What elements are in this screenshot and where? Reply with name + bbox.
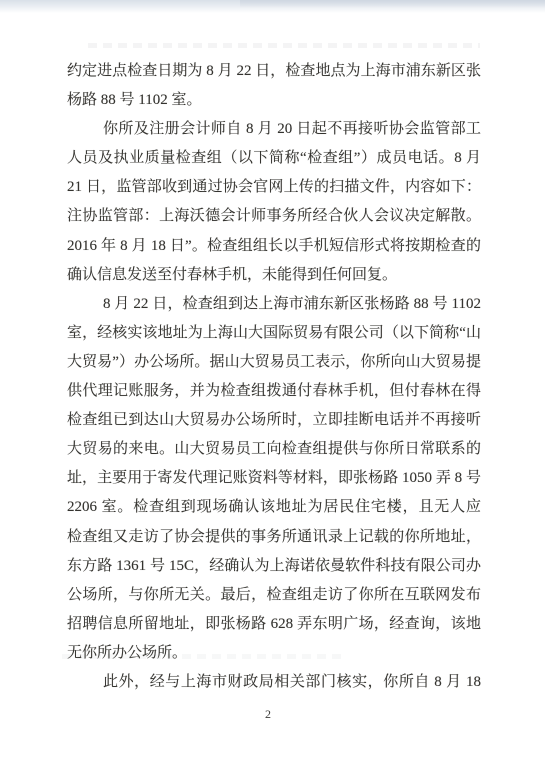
text-line: 无你所办公场所。 bbox=[67, 639, 481, 668]
text-line: 人员及执业质量检查组（以下简称“检查组”）成员电话。8 月 bbox=[67, 144, 481, 173]
text-line: 约定进点检查日期为 8 月 22 日，检查地点为上海市浦东新区张 bbox=[67, 57, 481, 86]
text-line: 招聘信息所留地址，即张杨路 628 弄东明广场，经查询，该地址 bbox=[67, 610, 481, 639]
page-number: 2 bbox=[0, 707, 536, 722]
bleed-through-artifact bbox=[88, 43, 480, 48]
text-line: 大贸易的来电。山大贸易员工向检查组提供与你所日常联系的地 bbox=[67, 435, 481, 464]
text-line: 2016 年 8 月 18 日”。检查组组长以手机短信形式将按期检查的 bbox=[67, 232, 481, 261]
text-line: 2206 室。检查组到现场确认该地址为居民住宅楼，且无人应答。 bbox=[67, 493, 481, 522]
text-line: 东方路 1361 号 15C，经确认为上海诺依曼软件科技有限公司办 bbox=[67, 552, 481, 581]
text-line: 8 月 22 日，检查组到达上海市浦东新区张杨路 88 号 1102 bbox=[67, 290, 481, 319]
scan-edge-artifact-right bbox=[240, 0, 545, 8]
text-line: 公场所，与你所无关。最后，检查组走访了你所在互联网发布的 bbox=[67, 581, 481, 610]
document-page: 约定进点检查日期为 8 月 22 日，检查地点为上海市浦东新区张杨路 88 号 … bbox=[0, 0, 545, 768]
text-line: 21 日，监管部收到通过协会官网上传的扫描文件，内容如下：“上 bbox=[67, 173, 481, 202]
text-line: 址，主要用于寄发代理记账资料等材料，即张杨路 1050 弄 8 号 bbox=[67, 464, 481, 493]
document-body: 约定进点检查日期为 8 月 22 日，检查地点为上海市浦东新区张杨路 88 号 … bbox=[67, 57, 481, 697]
text-line: 室，经核实该地址为上海山大国际贸易有限公司（以下简称“山 bbox=[67, 319, 481, 348]
text-line: 检查组又走访了协会提供的事务所通讯录上记载的你所地址，即 bbox=[67, 523, 481, 552]
text-line: 大贸易”）办公场所。据山大贸易员工表示，你所向山大贸易提 bbox=[67, 348, 481, 377]
text-line: 供代理记账服务，并为检查组拨通付春林手机，但付春林在得知 bbox=[67, 377, 481, 406]
text-line: 检查组已到达山大贸易办公场所时，立即挂断电话并不再接听山 bbox=[67, 406, 481, 435]
text-line: 确认信息发送至付春林手机，未能得到任何回复。 bbox=[67, 261, 481, 290]
text-line: 此外，经与上海市财政局相关部门核实，你所自 8 月 18 日 bbox=[67, 668, 481, 697]
text-line: 杨路 88 号 1102 室。 bbox=[67, 86, 481, 115]
text-line: 你所及注册会计师自 8 月 20 日起不再接听协会监管部工作 bbox=[67, 115, 481, 144]
text-line: 注协监管部：上海沃德会计师事务所经合伙人会议决定解散。 bbox=[67, 202, 481, 231]
